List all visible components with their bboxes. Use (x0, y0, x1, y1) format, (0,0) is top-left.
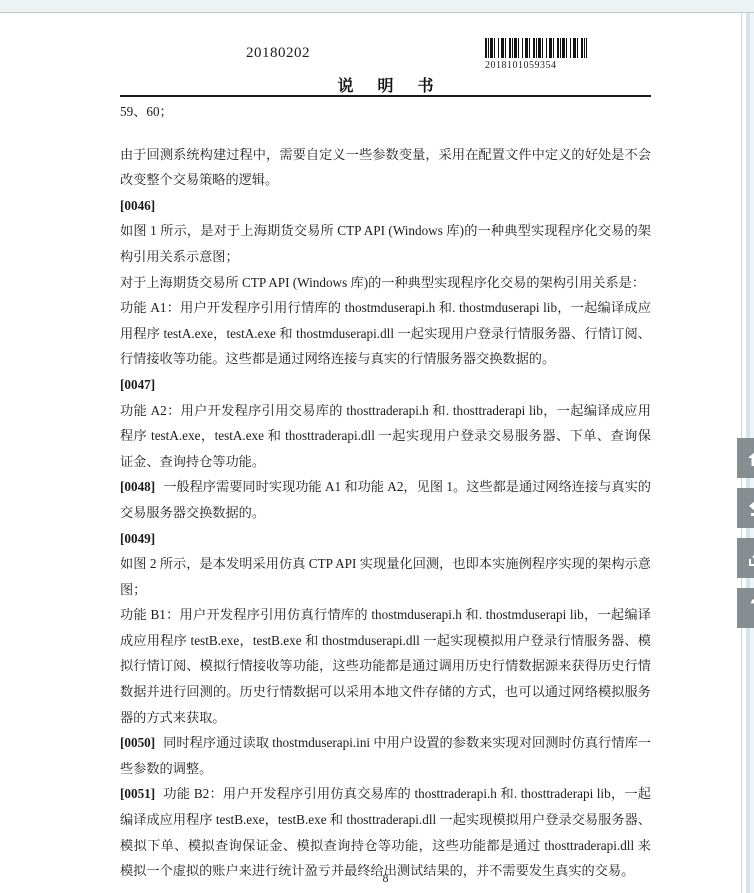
scroll-top-button[interactable] (737, 438, 754, 478)
paragraph-text: 功能 B2：用户开发程序引用仿真交易库的 thosttraderapi.h 和.… (120, 786, 651, 878)
paragraph-number: [0050] (120, 735, 155, 750)
download-icon (746, 547, 754, 569)
page-title: 说 明 书 (120, 73, 651, 96)
title-divider (120, 95, 651, 97)
paragraph-number: [0048] (120, 479, 155, 494)
publication-date: 20180202 (246, 45, 366, 62)
paragraph: [0051]功能 B2：用户开发程序引用仿真交易库的 thosttraderap… (120, 781, 651, 883)
paragraph-text: 同时程序通过读取 thostmduserapi.ini 中用户设置的参数来实现对… (120, 735, 651, 776)
paragraph-text: 如图 1 所示，是对于上海期货交易所 CTP API (Windows 库)的一… (120, 223, 651, 264)
paragraph: 对于上海期货交易所 CTP API (Windows 库)的一种典型实现程序化交… (120, 270, 651, 296)
paragraph-text: 由于回测系统构建过程中，需要自定义一些参数变量，采用在配置文件中定义的好处是不会… (120, 147, 651, 188)
paragraph-text: 59、60； (120, 104, 173, 119)
home-icon (746, 447, 754, 469)
page-number: 8 (120, 871, 651, 886)
paragraph: [0048]一般程序需要同时实现功能 A1 和功能 A2，见图 1。这些都是通过… (120, 474, 651, 525)
barcode-number: 2018101059354 (485, 60, 557, 71)
paragraph-tag: [0049] (120, 526, 651, 552)
download-button[interactable] (737, 538, 754, 578)
paragraph-text: 功能 B1：用户开发程序引用仿真行情库的 thostmduserapi.h 和.… (120, 607, 651, 724)
paragraph-text: 一般程序需要同时实现功能 A1 和功能 A2，见图 1。这些都是通过网络连接与真… (120, 479, 651, 520)
specification-body: 59、60；由于回测系统构建过程中，需要自定义一些参数变量，采用在配置文件中定义… (120, 99, 651, 884)
paragraph-number: [0049] (120, 531, 155, 546)
paragraph: [0050]同时程序通过读取 thostmduserapi.ini 中用户设置的… (120, 730, 651, 781)
paragraph: 功能 A1：用户开发程序引用行情库的 thostmduserapi.h 和. t… (120, 295, 651, 372)
paragraph: 如图 2 所示，是本发明采用仿真 CTP API 实现量化回测，也即本实施例程序… (120, 551, 651, 602)
paragraph-text: 功能 A1：用户开发程序引用行情库的 thostmduserapi.h 和. t… (120, 300, 651, 366)
paragraph-text: 对于上海期货交易所 CTP API (Windows 库)的一种典型实现程序化交… (120, 275, 645, 290)
paragraph-tag: [0047] (120, 372, 651, 398)
paragraph-number: [0047] (120, 377, 155, 392)
paragraph-number: [0046] (120, 198, 155, 213)
paragraph: 59、60； (120, 99, 651, 125)
back-button[interactable] (737, 488, 754, 528)
paragraph-number: [0051] (120, 786, 155, 801)
help-icon: ? (750, 596, 754, 620)
paragraph-tag: [0046] (120, 193, 651, 219)
paragraph: 功能 A2：用户开发程序引用交易库的 thosttraderapi.h 和. t… (120, 398, 651, 475)
paragraph: 功能 B1：用户开发程序引用仿真行情库的 thostmduserapi.h 和.… (120, 602, 651, 730)
barcode (485, 38, 587, 58)
patent-page: 20180202 2018101059354 说 明 书 59、60；由于回测系… (0, 13, 754, 893)
paragraph-text: 如图 2 所示，是本发明采用仿真 CTP API 实现量化回测，也即本实施例程序… (120, 556, 651, 597)
paragraph: 由于回测系统构建过程中，需要自定义一些参数变量，采用在配置文件中定义的好处是不会… (120, 142, 651, 193)
help-button[interactable]: ? (737, 588, 754, 628)
paragraph: 如图 1 所示，是对于上海期货交易所 CTP API (Windows 库)的一… (120, 218, 651, 269)
back-arrow-icon (746, 497, 754, 519)
paragraph-text: 功能 A2：用户开发程序引用交易库的 thosttraderapi.h 和. t… (120, 403, 651, 469)
browser-top-strip (0, 0, 754, 13)
